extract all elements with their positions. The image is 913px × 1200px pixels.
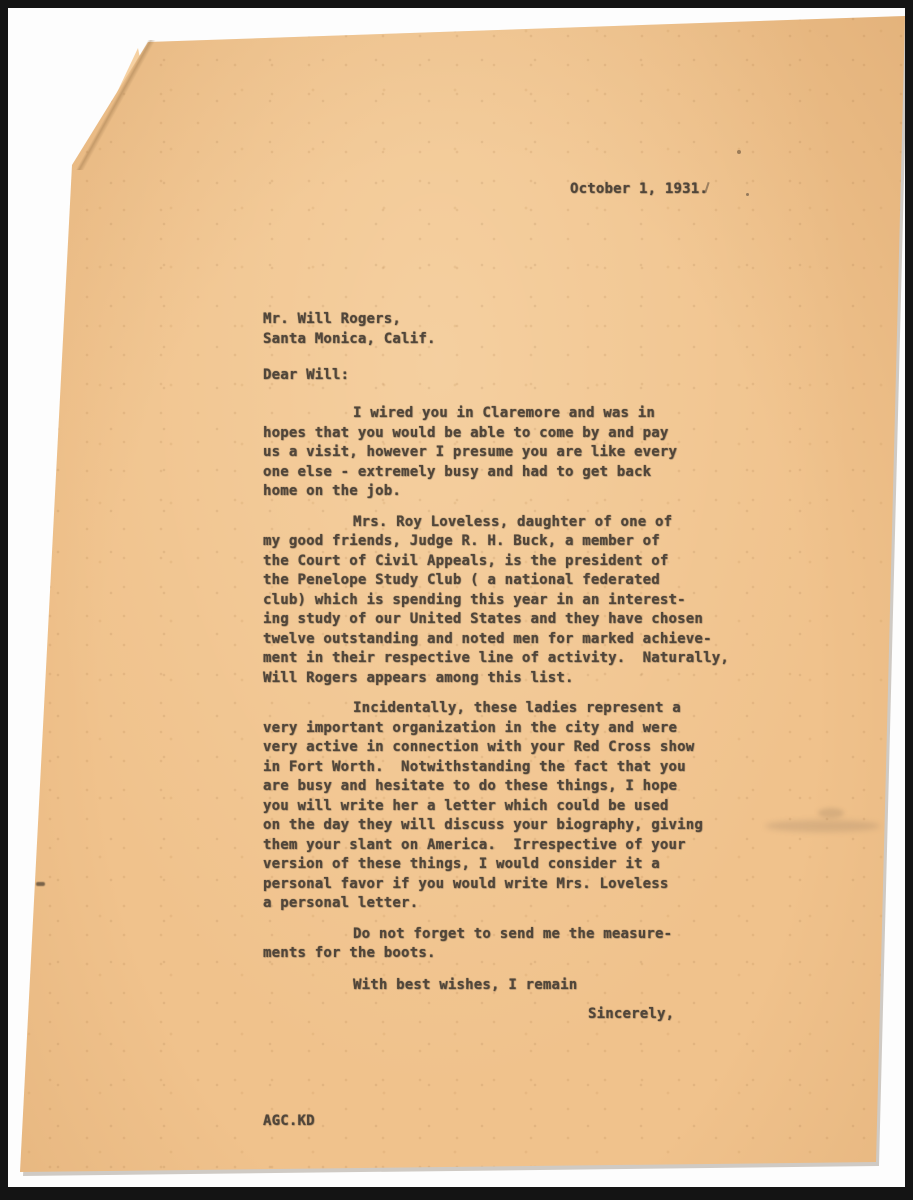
paper-smudge [818,808,844,818]
paragraph-2: Mrs. Roy Loveless, daughter of one of my… [263,513,733,689]
paragraph-1: I wired you in Claremore and was in hope… [263,404,733,502]
recipient-name-line: Mr. Will Rogers, [263,311,401,327]
closing-line: With best wishes, I remain [263,976,733,996]
stray-dot-mark [746,193,749,196]
ink-speck [36,882,45,886]
paragraph-4: Do not forget to send me the measure- me… [263,925,733,964]
paper-smudge [765,820,880,832]
scanned-letter-page: October 1, 1931. Mr. Will Rogers,Santa M… [0,0,913,1200]
salutation: Dear Will: [263,366,349,386]
reference-initials: AGC.KD [263,1112,315,1132]
typed-letter-text: October 1, 1931. Mr. Will Rogers,Santa M… [0,0,913,1200]
recipient-address: Mr. Will Rogers,Santa Monica, Calif. [263,310,436,349]
recipient-city-line: Santa Monica, Calif. [263,331,436,347]
signoff: Sincerely, [588,1005,674,1025]
letter-date: October 1, 1931. [570,180,708,200]
ink-speck [737,150,741,154]
letter-body: I wired you in Claremore and was in hope… [263,404,733,995]
paragraph-3: Incidentally, these ladies represent a v… [263,699,733,914]
